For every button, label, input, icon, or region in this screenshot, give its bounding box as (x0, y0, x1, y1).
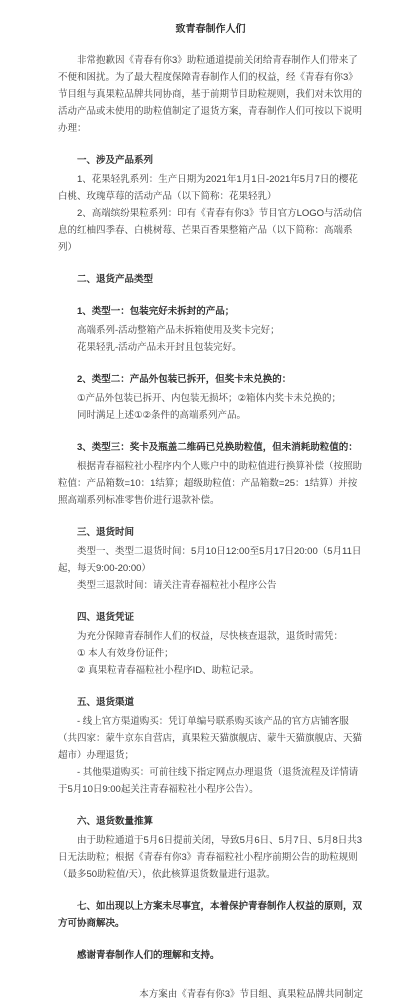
section-paragraph: 2、高端缤纷果粒系列：印有《青春有你3》节目官方LOGO与活动信息的红柚四季春、… (58, 205, 363, 256)
section: 四、退货凭证为充分保障青春制作人们的权益，尽快核查退款，退货时需凭：① 本人有效… (58, 609, 363, 679)
section-heading: 二、退货产品类型 (58, 271, 363, 288)
section-paragraph: - 其他渠道购买：可前往线下指定网点办理退货（退货流程及详情请于5月10日9:0… (58, 764, 363, 798)
section-heading: 四、退货凭证 (58, 609, 363, 626)
sections: 一、涉及产品系列1、花果轻乳系列：生产日期为2021年1月1日-2021年5月7… (58, 152, 363, 964)
section: 五、退货渠道- 线上官方渠道购买：凭订单编号联系购买该产品的官方店铺客服（共四家… (58, 694, 363, 798)
section-paragraph: ① 本人有效身份证件； (58, 645, 363, 662)
section-paragraph: 高端系列-活动整箱产品未拆箱使用及奖卡完好； (58, 322, 363, 339)
section-paragraph: - 线上官方渠道购买：凭订单编号联系购买该产品的官方店铺客服（共四家：蒙牛京东自… (58, 713, 363, 764)
section: 感谢青春制作人们的理解和支持。 (58, 947, 363, 964)
section-heading: 一、涉及产品系列 (58, 152, 363, 169)
section: 七、如出现以上方案未尽事宜，本着保护青春制作人权益的原则，双方可协商解决。 (58, 898, 363, 932)
section: 3、类型三：奖卡及瓶盖二维码已兑换助粒值，但未消耗助粒值的：根据青春福粒社小程序… (58, 439, 363, 509)
section-heading: 三、退货时间 (58, 524, 363, 541)
section-heading: 感谢青春制作人们的理解和支持。 (58, 947, 363, 964)
intro-paragraph: 非常抱歉因《青春有你3》助粒通道提前关闭给青春制作人们带来了不便和困扰。为了最大… (58, 52, 363, 137)
section-heading: 1、类型一：包装完好未拆封的产品； (58, 303, 363, 320)
section-heading: 六、退货数量推算 (58, 813, 363, 830)
section-heading: 五、退货渠道 (58, 694, 363, 711)
document-page: 致青春制作人们 非常抱歉因《青春有你3》助粒通道提前关闭给青春制作人们带来了不便… (0, 0, 408, 1000)
section: 三、退货时间类型一、类型二退货时间：5月10日12:00至5月17日20:00（… (58, 524, 363, 594)
section-paragraph: 为充分保障青春制作人们的权益，尽快核查退款，退货时需凭： (58, 628, 363, 645)
section-heading: 3、类型三：奖卡及瓶盖二维码已兑换助粒值，但未消耗助粒值的： (58, 439, 363, 456)
section-paragraph: ② 真果粒青春福粒社小程序ID、助粒记录。 (58, 662, 363, 679)
section: 一、涉及产品系列1、花果轻乳系列：生产日期为2021年1月1日-2021年5月7… (58, 152, 363, 256)
section: 2、类型二：产品外包装已拆开，但奖卡未兑换的：①产品外包装已拆开、内包装无损坏；… (58, 371, 363, 424)
section-heading: 七、如出现以上方案未尽事宜，本着保护青春制作人权益的原则，双方可协商解决。 (58, 898, 363, 932)
section-paragraph: 由于助粒通道于5月6日提前关闭，导致5月6日、5月7日、5月8日共3日无法助粒；… (58, 832, 363, 883)
section-paragraph: 类型三退款时间：请关注青春福粒社小程序公告 (58, 577, 363, 594)
section-paragraph: 类型一、类型二退货时间：5月10日12:00至5月17日20:00（5月11日起… (58, 543, 363, 577)
section: 1、类型一：包装完好未拆封的产品；高端系列-活动整箱产品未拆箱使用及奖卡完好；花… (58, 303, 363, 356)
section-heading: 2、类型二：产品外包装已拆开，但奖卡未兑换的： (58, 371, 363, 388)
section-paragraph: 同时满足上述①②条件的高端系列产品。 (58, 407, 363, 424)
document-title: 致青春制作人们 (58, 23, 363, 37)
footer-note: 本方案由《青春有你3》节目组、真果粒品牌共同制定 (58, 986, 363, 1000)
section-paragraph: 根据青春福粒社小程序内个人账户中的助粒值进行换算补偿（按照助粒值：产品箱数=10… (58, 458, 363, 509)
section-paragraph: ①产品外包装已拆开、内包装无损坏；②箱体内奖卡未兑换的； (58, 390, 363, 407)
section: 二、退货产品类型 (58, 271, 363, 288)
section-paragraph: 1、花果轻乳系列：生产日期为2021年1月1日-2021年5月7日的樱花白桃、玫… (58, 171, 363, 205)
section: 六、退货数量推算由于助粒通道于5月6日提前关闭，导致5月6日、5月7日、5月8日… (58, 813, 363, 883)
section-paragraph: 花果轻乳-活动产品未开封且包装完好。 (58, 339, 363, 356)
